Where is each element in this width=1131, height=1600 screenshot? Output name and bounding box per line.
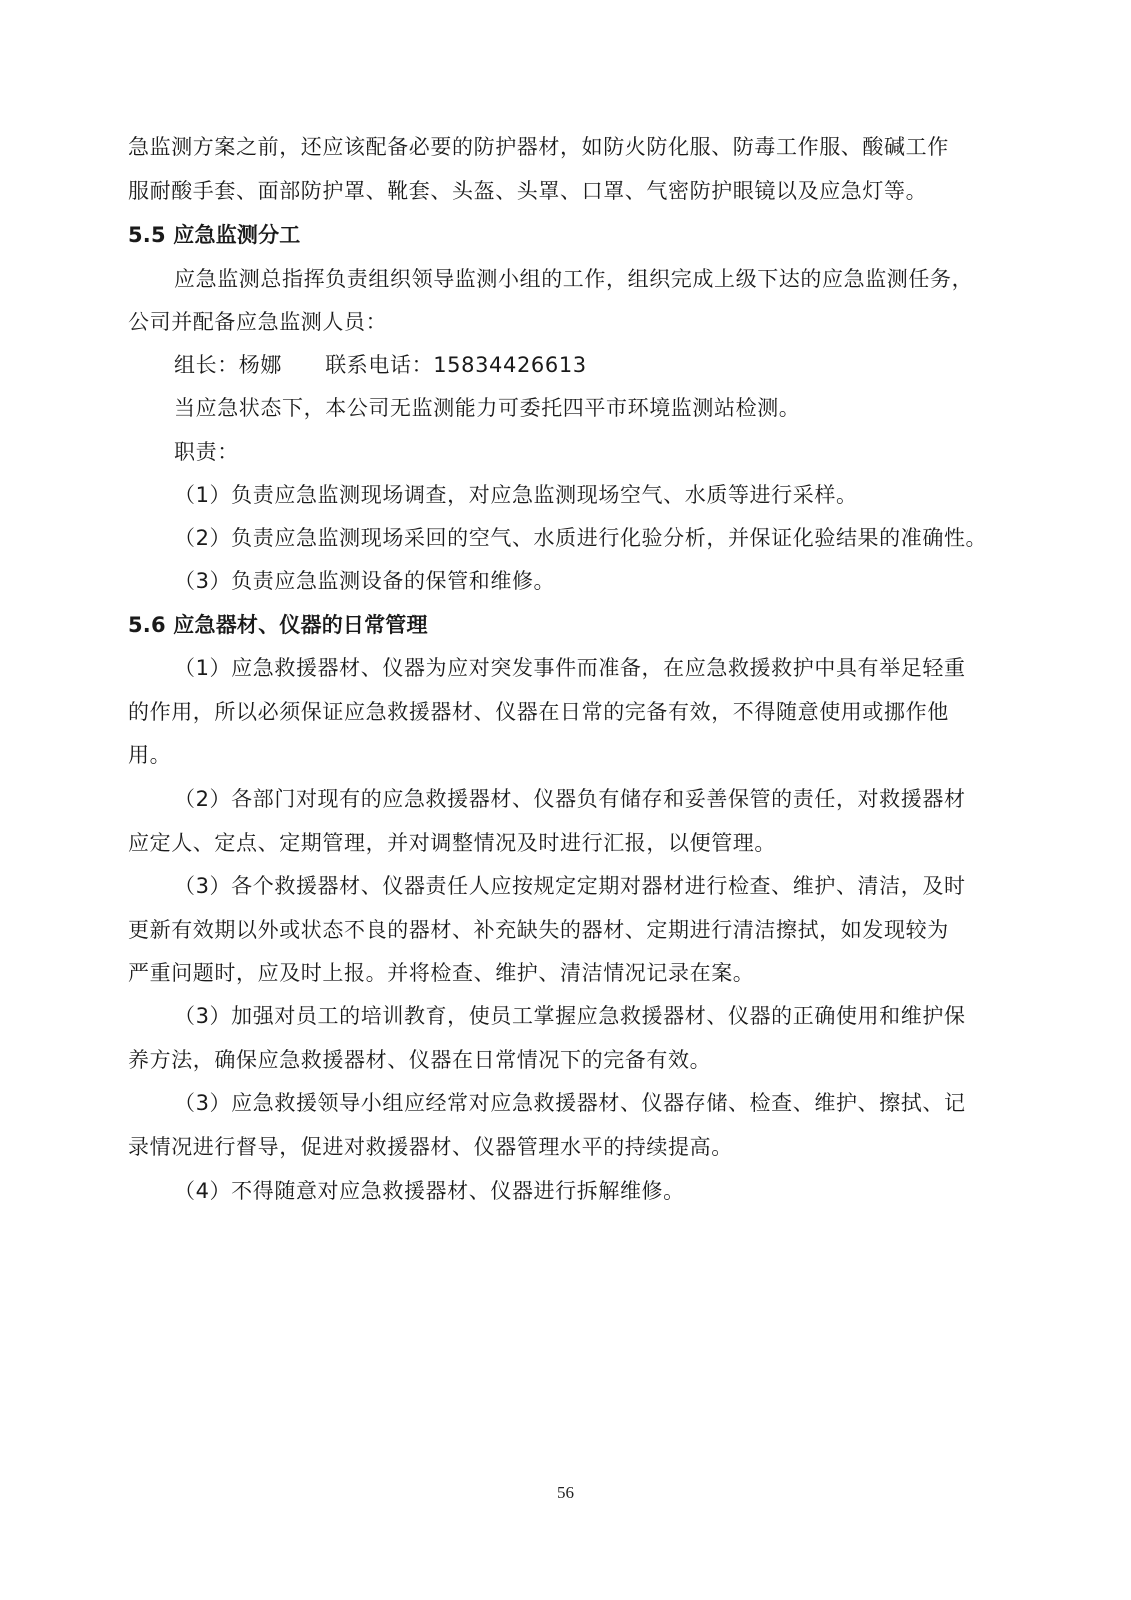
body-text-line: （3）各个救援器材、仪器责任人应按规定定期对器材进行检查、维护、清洁，及时 (174, 871, 1054, 901)
contact-line: 组长：杨娜 联系电话：15834426613 (174, 350, 1054, 380)
body-text-line: （2）各部门对现有的应急救援器材、仪器负有储存和妥善保管的责任，对救援器材 (174, 784, 1054, 814)
document-page: 急监测方案之前，还应该配备必要的防护器材，如防火防化服、防毒工作服、酸碱工作 服… (0, 0, 1131, 1600)
body-text-line: 应定人、定点、定期管理，并对调整情况及时进行汇报，以便管理。 (128, 828, 1008, 858)
body-text-line: 用。 (128, 740, 1008, 770)
page-number: 56 (0, 1483, 1131, 1503)
body-text-line: 的作用，所以必须保证应急救援器材、仪器在日常的完备有效，不得随意使用或挪作他 (128, 697, 1008, 727)
section-heading-5-6: 5.6 应急器材、仪器的日常管理 (128, 610, 1008, 640)
body-text-line: （3）加强对员工的培训教育，使员工掌握应急救援器材、仪器的正确使用和维护保 (174, 1001, 1054, 1031)
body-text-line: 公司并配备应急监测人员： (128, 307, 1008, 337)
list-item: （3）负责应急监测设备的保管和维修。 (174, 566, 1054, 596)
list-item: （2）负责应急监测现场采回的空气、水质进行化验分析，并保证化验结果的准确性。 (174, 523, 1054, 553)
body-text-line: （3）应急救援领导小组应经常对应急救援器材、仪器存储、检查、维护、擦拭、记 (174, 1088, 1054, 1118)
body-text-line: 更新有效期以外或状态不良的器材、补充缺失的器材、定期进行清洁擦拭，如发现较为 (128, 915, 1008, 945)
responsibilities-label: 职责： (174, 437, 1054, 467)
body-text-line: 养方法，确保应急救援器材、仪器在日常情况下的完备有效。 (128, 1045, 1008, 1075)
body-text-line: （1）应急救援器材、仪器为应对突发事件而准备，在应急救援救护中具有举足轻重 (174, 653, 1054, 683)
body-text-line: 应急监测总指挥负责组织领导监测小组的工作，组织完成上级下达的应急监测任务， (174, 264, 1054, 294)
list-item: （1）负责应急监测现场调查，对应急监测现场空气、水质等进行采样。 (174, 480, 1054, 510)
body-text-line: （4）不得随意对应急救援器材、仪器进行拆解维修。 (174, 1176, 1054, 1206)
body-text-line: 录情况进行督导，促进对救援器材、仪器管理水平的持续提高。 (128, 1132, 1008, 1162)
body-text-line: 严重问题时，应及时上报。并将检查、维护、清洁情况记录在案。 (128, 958, 1008, 988)
section-heading-5-5: 5.5 应急监测分工 (128, 220, 1008, 250)
body-text-line: 急监测方案之前，还应该配备必要的防护器材，如防火防化服、防毒工作服、酸碱工作 (128, 132, 1008, 162)
body-text-line: 当应急状态下，本公司无监测能力可委托四平市环境监测站检测。 (174, 393, 1054, 423)
body-text-line: 服耐酸手套、面部防护罩、靴套、头盔、头罩、口罩、气密防护眼镜以及应急灯等。 (128, 176, 1008, 206)
